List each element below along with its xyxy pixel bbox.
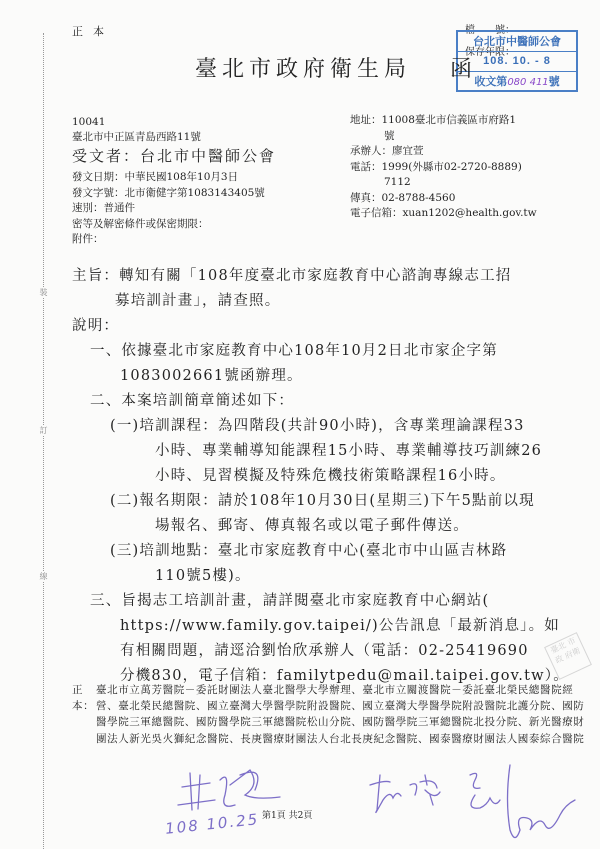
item-3-line-1: 三、旨揭志工培訓計畫，請詳閱臺北市家庭教育中心網站( — [72, 589, 582, 614]
postal-code: 10041 — [72, 115, 332, 130]
receipt-stamp: 台北市中醫師公會 108. 10. - 8 收文第080 411號 — [456, 30, 578, 92]
contact-fax: 傳真：02-8788-4560 — [350, 191, 580, 207]
sub-item-2-line-2: 場報名、郵寄、傳真報名或以電子郵件傳送。 — [72, 514, 582, 539]
explanation-label: 說明： — [72, 314, 119, 339]
item-1-line-2: 1083002661號函辦理。 — [72, 364, 582, 389]
sub-item-1-line-1: (一)培訓課程：為四階段(共計90小時)，含專業理論課程33 — [72, 414, 582, 439]
explanation-item-1: 一、依據臺北市家庭教育中心108年10月2日北市家企字第 1083002661號… — [72, 339, 582, 389]
cc-recipients: 臺北市立萬芳醫院－委託財團法人臺北醫學大學辦理、臺北市立關渡醫院－委託臺北榮民總… — [96, 682, 592, 747]
recipient: 受文者：台北市中醫師公會 — [72, 145, 332, 167]
sub-item-3-line-1: (三)培訓地點：臺北市家庭教育中心(臺北市中山區吉林路 — [72, 539, 582, 564]
contact-phone-ext: 7112 — [350, 175, 580, 191]
contact-address-cont: 號 — [350, 129, 580, 145]
issuer-title: 臺北市政府衛生局 — [195, 52, 411, 83]
sub-item-2: (二)報名期限：請於108年10月30日(星期三)下午5點前以現 場報名、郵寄、… — [72, 489, 582, 539]
contact-handler: 承辦人：廖宜萱 — [350, 144, 580, 160]
item-2-line-1: 二、本案培訓簡章簡述如下： — [72, 389, 582, 414]
handwritten-signature-2 — [365, 770, 455, 820]
classification: 密等及解密條件或保密期限： — [72, 217, 332, 233]
binding-line — [43, 33, 44, 849]
explanation-item-3: 三、旨揭志工培訓計畫，請詳閱臺北市家庭教育中心網站( https://www.f… — [72, 589, 582, 689]
carbon-copy: 正本： 臺北市立萬芳醫院－委託財團法人臺北醫學大學辦理、臺北市立關渡醫院－委託臺… — [72, 682, 592, 747]
contact-email: 電子信箱：xuan1202@health.gov.tw — [350, 206, 580, 222]
recipient-block: 10041 臺北市中正區青島西路11號 受文者：台北市中醫師公會 發文日期：中華… — [72, 115, 332, 248]
binding-mark-staple: 訂 — [37, 425, 50, 436]
item-3-line-3: 有相關問題，請逕洽劉怡欣承辦人（電話：02-25419690 — [72, 639, 582, 664]
sub-item-3: (三)培訓地點：臺北市家庭教育中心(臺北市中山區吉林路 110號5樓)。 — [72, 539, 582, 589]
explanation-item-2: 二、本案培訓簡章簡述如下： — [72, 389, 582, 414]
stamp-organization: 台北市中醫師公會 — [458, 32, 576, 52]
cc-label: 正本： — [72, 682, 96, 714]
attachments: 附件： — [72, 232, 332, 248]
binding-mark-bind: 裝 — [37, 287, 50, 298]
stamp-number-label: 收文第 — [474, 75, 507, 88]
stamp-number: 收文第080 411號 — [458, 72, 576, 91]
copy-type-label: 正本 — [72, 23, 114, 39]
binding-mark-line: 線 — [37, 571, 50, 582]
stamp-number-suffix: 號 — [549, 75, 560, 88]
document-type: 函 — [450, 52, 472, 83]
recipient-address: 臺北市中正區青島西路11號 — [72, 130, 332, 145]
document-number: 發文字號：北市衛健字第1083143405號 — [72, 186, 332, 202]
sub-item-3-line-2: 110號5樓)。 — [72, 564, 582, 589]
handwritten-signature-3 — [465, 760, 585, 845]
sub-item-1-line-2: 小時、專業輔導知能課程15小時、專業輔導技巧訓練26 — [72, 439, 582, 464]
sub-item-2-line-1: (二)報名期限：請於108年10月30日(星期三)下午5點前以現 — [72, 489, 582, 514]
subject: 主旨：轉知有關「108年度臺北市家庭教育中心諮詢專線志工招 募培訓計畫」，請查照… — [72, 264, 572, 314]
delivery-speed: 速別：普通件 — [72, 201, 332, 217]
sub-item-1: (一)培訓課程：為四階段(共計90小時)，含專業理論課程33 小時、專業輔導知能… — [72, 414, 582, 489]
stamp-date: 108. 10. - 8 — [458, 52, 576, 72]
sub-item-1-line-3: 小時、見習模擬及特殊危機技術策略課程16小時。 — [72, 464, 582, 489]
issue-date: 發文日期：中華民國108年10月3日 — [72, 170, 332, 186]
document-meta: 發文日期：中華民國108年10月3日 發文字號：北市衛健字第1083143405… — [72, 170, 332, 248]
subject-line-1: 主旨：轉知有關「108年度臺北市家庭教育中心諮詢專線志工招 — [72, 264, 572, 289]
contact-address: 地址：11008臺北市信義區市府路1 — [350, 113, 580, 129]
contact-block: 地址：11008臺北市信義區市府路1 號 承辦人：廖宜萱 電話：1999(外縣市… — [350, 113, 580, 222]
stamp-number-value: 080 411 — [507, 77, 548, 88]
contact-phone: 電話：1999(外縣市02-2720-8889) — [350, 160, 580, 176]
item-1-line-1: 一、依據臺北市家庭教育中心108年10月2日北市家企字第 — [72, 339, 582, 364]
subject-line-2: 募培訓計畫」，請查照。 — [72, 289, 572, 314]
page-number: 第1頁 共2頁 — [262, 808, 312, 821]
item-3-line-2: https://www.family.gov.taipei/)公告訊息「最新消息… — [72, 614, 582, 639]
